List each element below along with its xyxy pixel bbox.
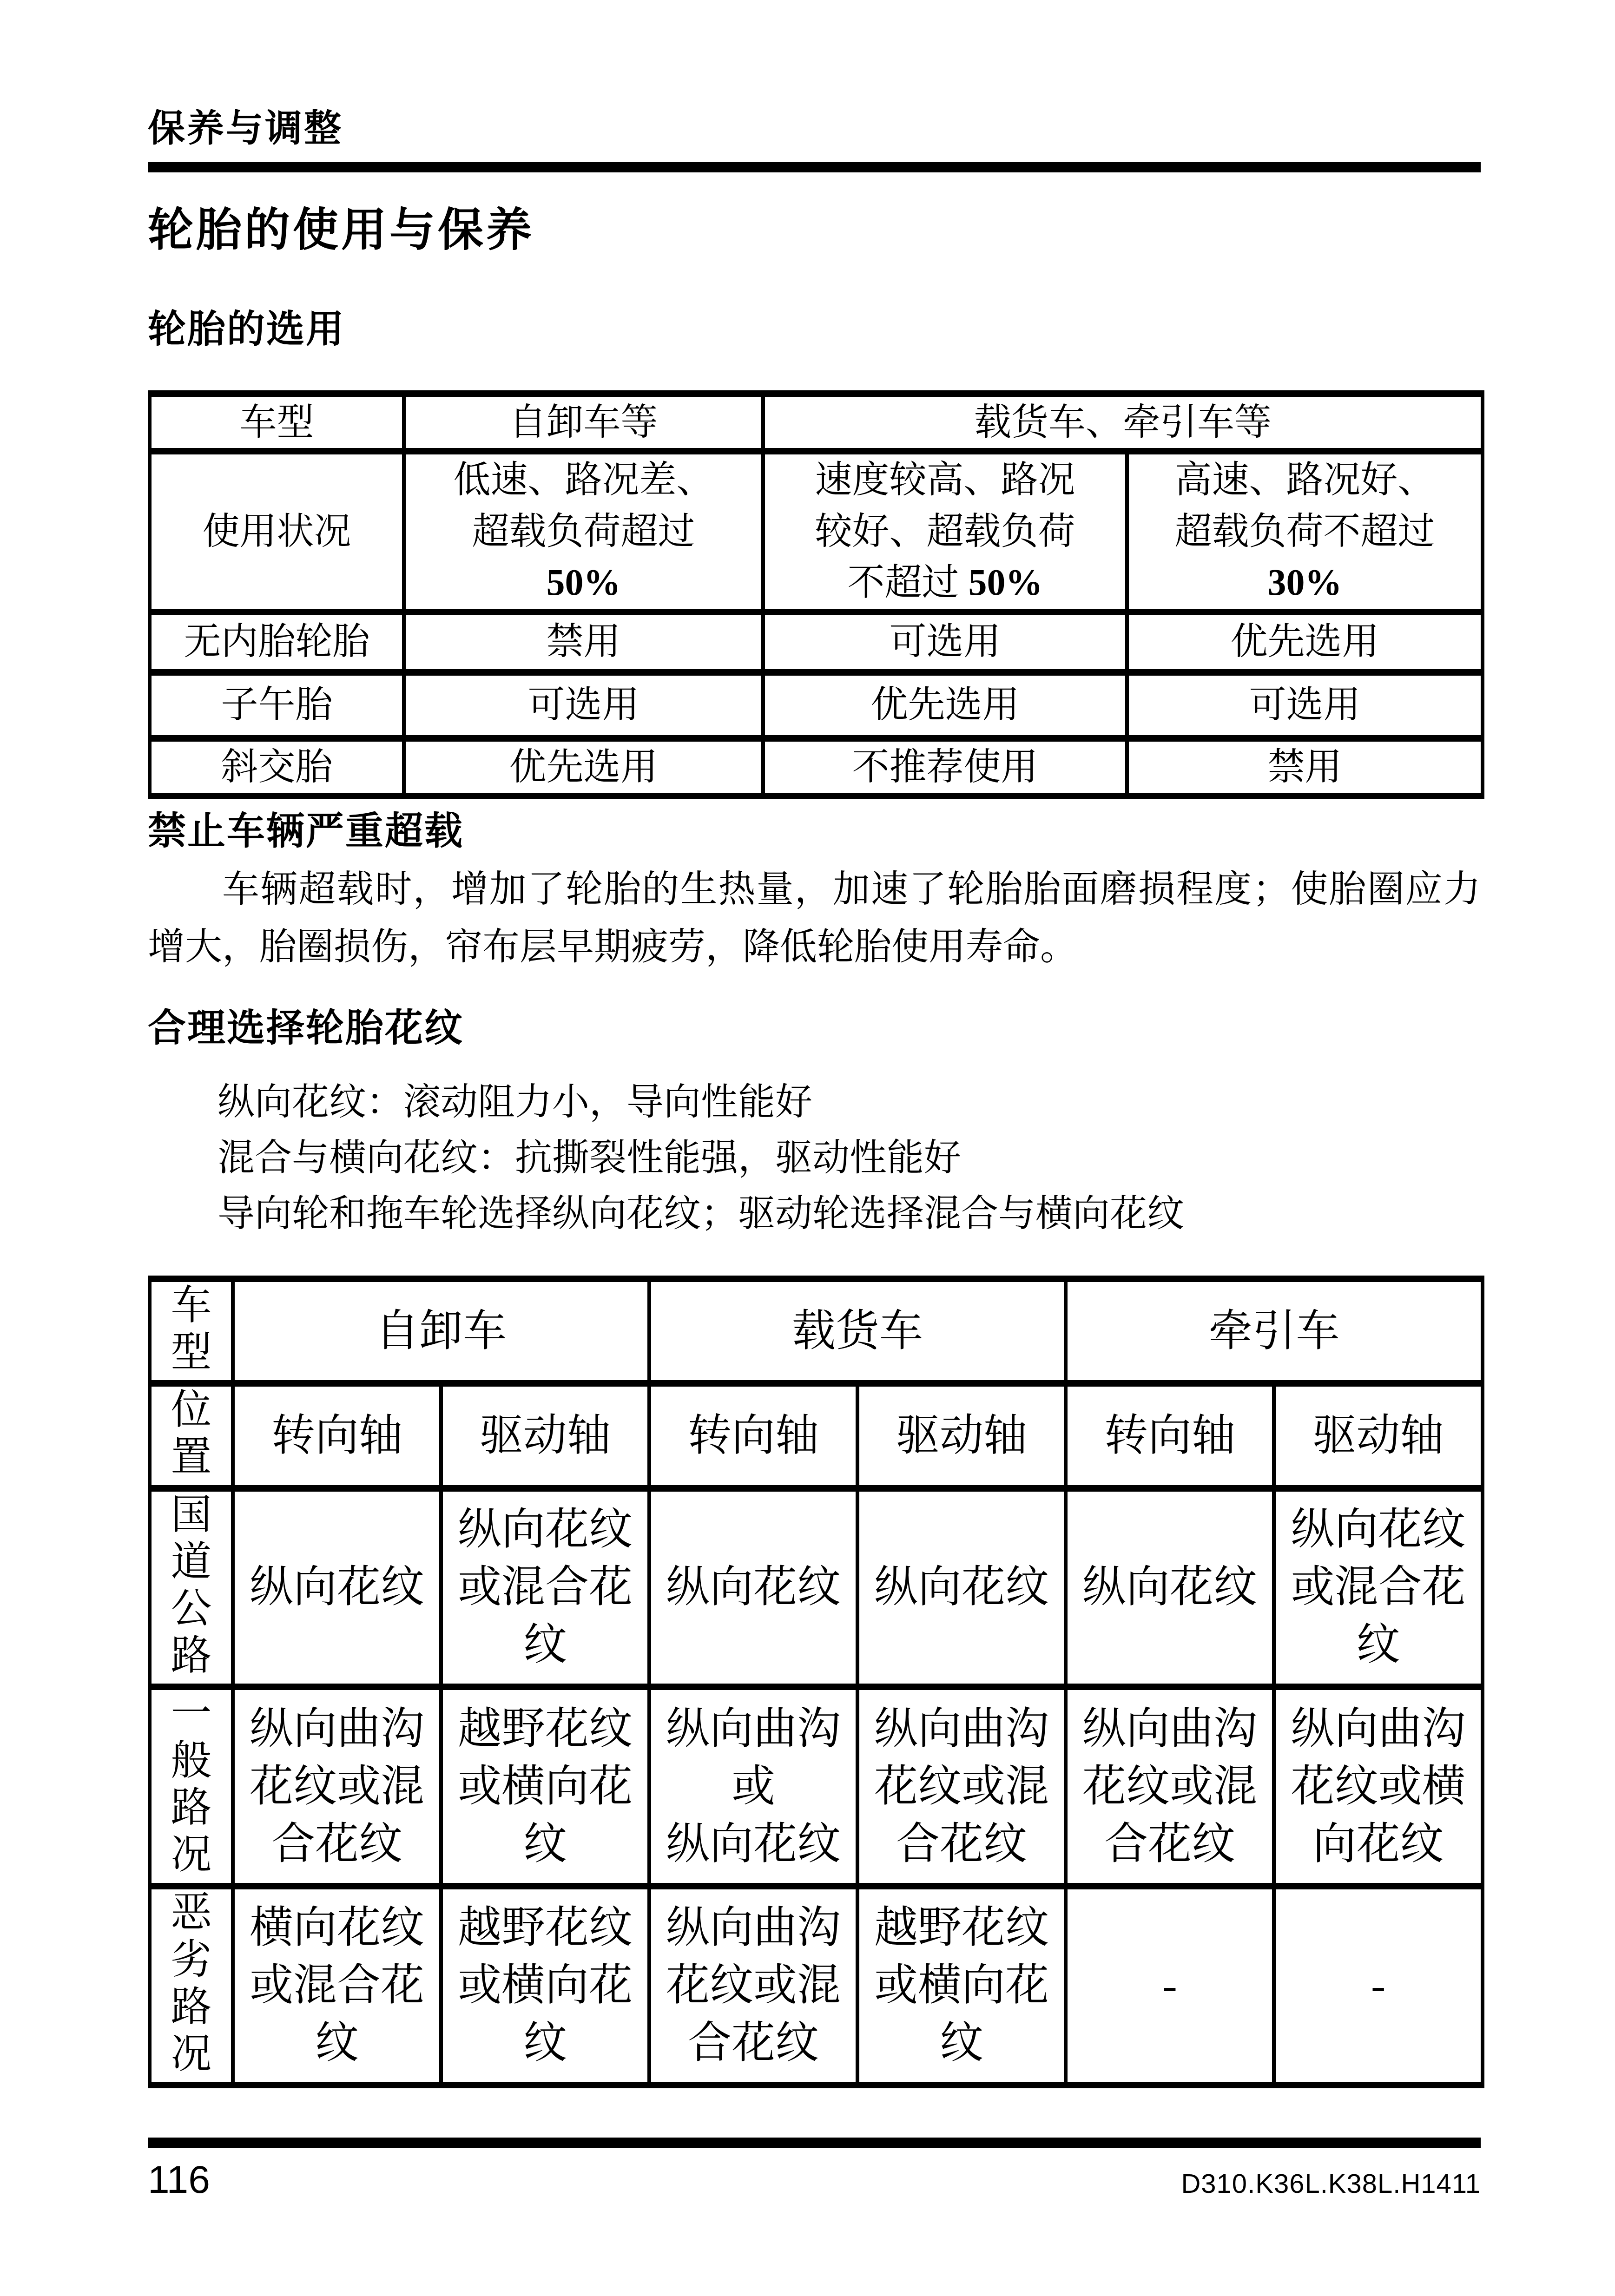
row-label-cell: 无内胎轮胎 (150, 612, 404, 672)
heading-tire-selection: 轮胎的选用 (148, 308, 345, 351)
running-header: 保养与调整 (148, 107, 343, 150)
table-cell: 纵向曲沟 或 纵向花纹 (649, 1687, 857, 1886)
table-row: 斜交胎 优先选用 不推荐使用 禁用 (150, 738, 1483, 796)
table-cell: 可选用 (1127, 672, 1483, 738)
table-row: 车型 自卸车 载货车 牵引车 (150, 1279, 1483, 1383)
table-cell: 越野花纹 或横向花 纹 (857, 1886, 1066, 2085)
table-cell: 高速、路况好、 超载负荷不超过 30% (1127, 451, 1483, 612)
table-cell: 禁用 (404, 612, 763, 672)
table-cell: 纵向曲沟 花纹或混 合花纹 (857, 1687, 1066, 1886)
table-cell: 横向花纹 或混合花 纹 (233, 1886, 441, 2085)
footer-rule (148, 2138, 1481, 2148)
table-cell: 纵向花纹 或混合花 纹 (1274, 1488, 1483, 1687)
table-cell: 速度较高、路况 较好、超载负荷 不超过 50% (763, 451, 1127, 612)
table-header-cell: 载货车 (649, 1279, 1066, 1383)
vertical-label: 位置 (171, 1387, 212, 1480)
table-cell: 低速、路况差、 超载负荷超过 50% (404, 451, 763, 612)
table-cell: 优先选用 (404, 738, 763, 796)
tread-pattern-table: 车型 自卸车 载货车 牵引车 位置 转向轴 驱动轴 转向轴 驱动轴 转向轴 驱动… (148, 1276, 1484, 2088)
table-cell: 优先选用 (1127, 612, 1483, 672)
table-cell: 纵向曲沟 花纹或混 合花纹 (649, 1886, 857, 2085)
table-cell: 纵向曲沟 花纹或横 向花纹 (1274, 1687, 1483, 1886)
row-label-cell: 恶劣路况 (150, 1886, 233, 2085)
header-rule (148, 162, 1481, 172)
table-row: 国道公路 纵向花纹 纵向花纹 或混合花 纹 纵向花纹 纵向花纹 纵向花纹 纵向花… (150, 1488, 1483, 1687)
table-cell: 纵向曲沟 花纹或混 合花纹 (1066, 1687, 1274, 1886)
table-cell: 越野花纹 或横向花 纹 (441, 1687, 649, 1886)
table-header-cell: 驱动轴 (441, 1383, 649, 1488)
table-header-cell: 牵引车 (1066, 1279, 1483, 1383)
table-cell: 纵向花纹 (1066, 1488, 1274, 1687)
table-cell: 可选用 (404, 672, 763, 738)
table-row: 一般路况 纵向曲沟 花纹或混 合花纹 越野花纹 或横向花 纹 纵向曲沟 或 纵向… (150, 1687, 1483, 1886)
table-header-cell: 转向轴 (233, 1383, 441, 1488)
vertical-label: 国道公路 (171, 1492, 212, 1680)
pattern-line: 导向轮和拖车轮选择纵向花纹；驱动轮选择混合与横向花纹 (218, 1186, 1482, 1242)
page-title: 轮胎的使用与保养 (148, 204, 534, 256)
doc-code: D310.K36L.K38L.H1411 (1181, 2168, 1481, 2199)
row-label-cell: 一般路况 (150, 1687, 233, 1886)
table-cell: 纵向曲沟 花纹或混 合花纹 (233, 1687, 441, 1886)
heading-pattern: 合理选择轮胎花纹 (148, 1007, 464, 1050)
table-row: 车型 自卸车等 载货车、牵引车等 (150, 394, 1483, 451)
table-cell: 越野花纹 或横向花 纹 (441, 1886, 649, 2085)
table-cell: 纵向花纹 (233, 1488, 441, 1687)
table-header-cell: 转向轴 (649, 1383, 857, 1488)
vertical-label: 一般路况 (171, 1691, 212, 1879)
table-cell: 可选用 (763, 612, 1127, 672)
pattern-line: 纵向花纹：滚动阻力小，导向性能好 (218, 1074, 1482, 1130)
manual-page: 保养与调整 轮胎的使用与保养 轮胎的选用 车型 自卸车等 载货车、牵引车等 使用… (0, 0, 1615, 2296)
table-header-cell: 驱动轴 (857, 1383, 1066, 1488)
table-header-cell: 自卸车 (233, 1279, 649, 1383)
table-row: 位置 转向轴 驱动轴 转向轴 驱动轴 转向轴 驱动轴 (150, 1383, 1483, 1488)
table-header-cell: 载货车、牵引车等 (763, 394, 1483, 451)
table-header-cell: 转向轴 (1066, 1383, 1274, 1488)
table-cell: - (1274, 1886, 1483, 2085)
vertical-label: 车型 (171, 1282, 212, 1376)
footer: 116 D310.K36L.K38L.H1411 (148, 2157, 1481, 2202)
vertical-label: 恶劣路况 (171, 1889, 212, 2078)
overload-paragraph: 车辆超载时，增加了轮胎的生热量，加速了轮胎胎面磨损程度；使胎圈应力增大，胎圈损伤… (148, 861, 1481, 976)
pattern-notes: 纵向花纹：滚动阻力小，导向性能好 混合与横向花纹：抗撕裂性能强，驱动性能好 导向… (218, 1074, 1482, 1242)
table-cell: 纵向花纹 (649, 1488, 857, 1687)
table-cell: - (1066, 1886, 1274, 2085)
table-row: 无内胎轮胎 禁用 可选用 优先选用 (150, 612, 1483, 672)
page-number: 116 (148, 2157, 210, 2202)
table-header-cell: 自卸车等 (404, 394, 763, 451)
table-cell: 纵向花纹 (857, 1488, 1066, 1687)
heading-overload: 禁止车辆严重超载 (148, 809, 464, 853)
row-label-cell: 子午胎 (150, 672, 404, 738)
table-header-cell: 驱动轴 (1274, 1383, 1483, 1488)
table-cell: 不推荐使用 (763, 738, 1127, 796)
corner-cell: 位置 (150, 1383, 233, 1488)
table-row: 恶劣路况 横向花纹 或混合花 纹 越野花纹 或横向花 纹 纵向曲沟 花纹或混 合… (150, 1886, 1483, 2085)
row-label-cell: 使用状况 (150, 451, 404, 612)
corner-cell: 车型 (150, 1279, 233, 1383)
pattern-line: 混合与横向花纹：抗撕裂性能强，驱动性能好 (218, 1130, 1482, 1186)
table-cell: 优先选用 (763, 672, 1127, 738)
row-label-cell: 国道公路 (150, 1488, 233, 1687)
tire-selection-table: 车型 自卸车等 载货车、牵引车等 使用状况 低速、路况差、 超载负荷超过 50%… (148, 390, 1484, 799)
table-row: 使用状况 低速、路况差、 超载负荷超过 50% 速度较高、路况 较好、超载负荷 … (150, 451, 1483, 612)
row-label-cell: 斜交胎 (150, 738, 404, 796)
table-cell: 纵向花纹 或混合花 纹 (441, 1488, 649, 1687)
table-cell: 禁用 (1127, 738, 1483, 796)
table-row: 子午胎 可选用 优先选用 可选用 (150, 672, 1483, 738)
table-header-cell: 车型 (150, 394, 404, 451)
